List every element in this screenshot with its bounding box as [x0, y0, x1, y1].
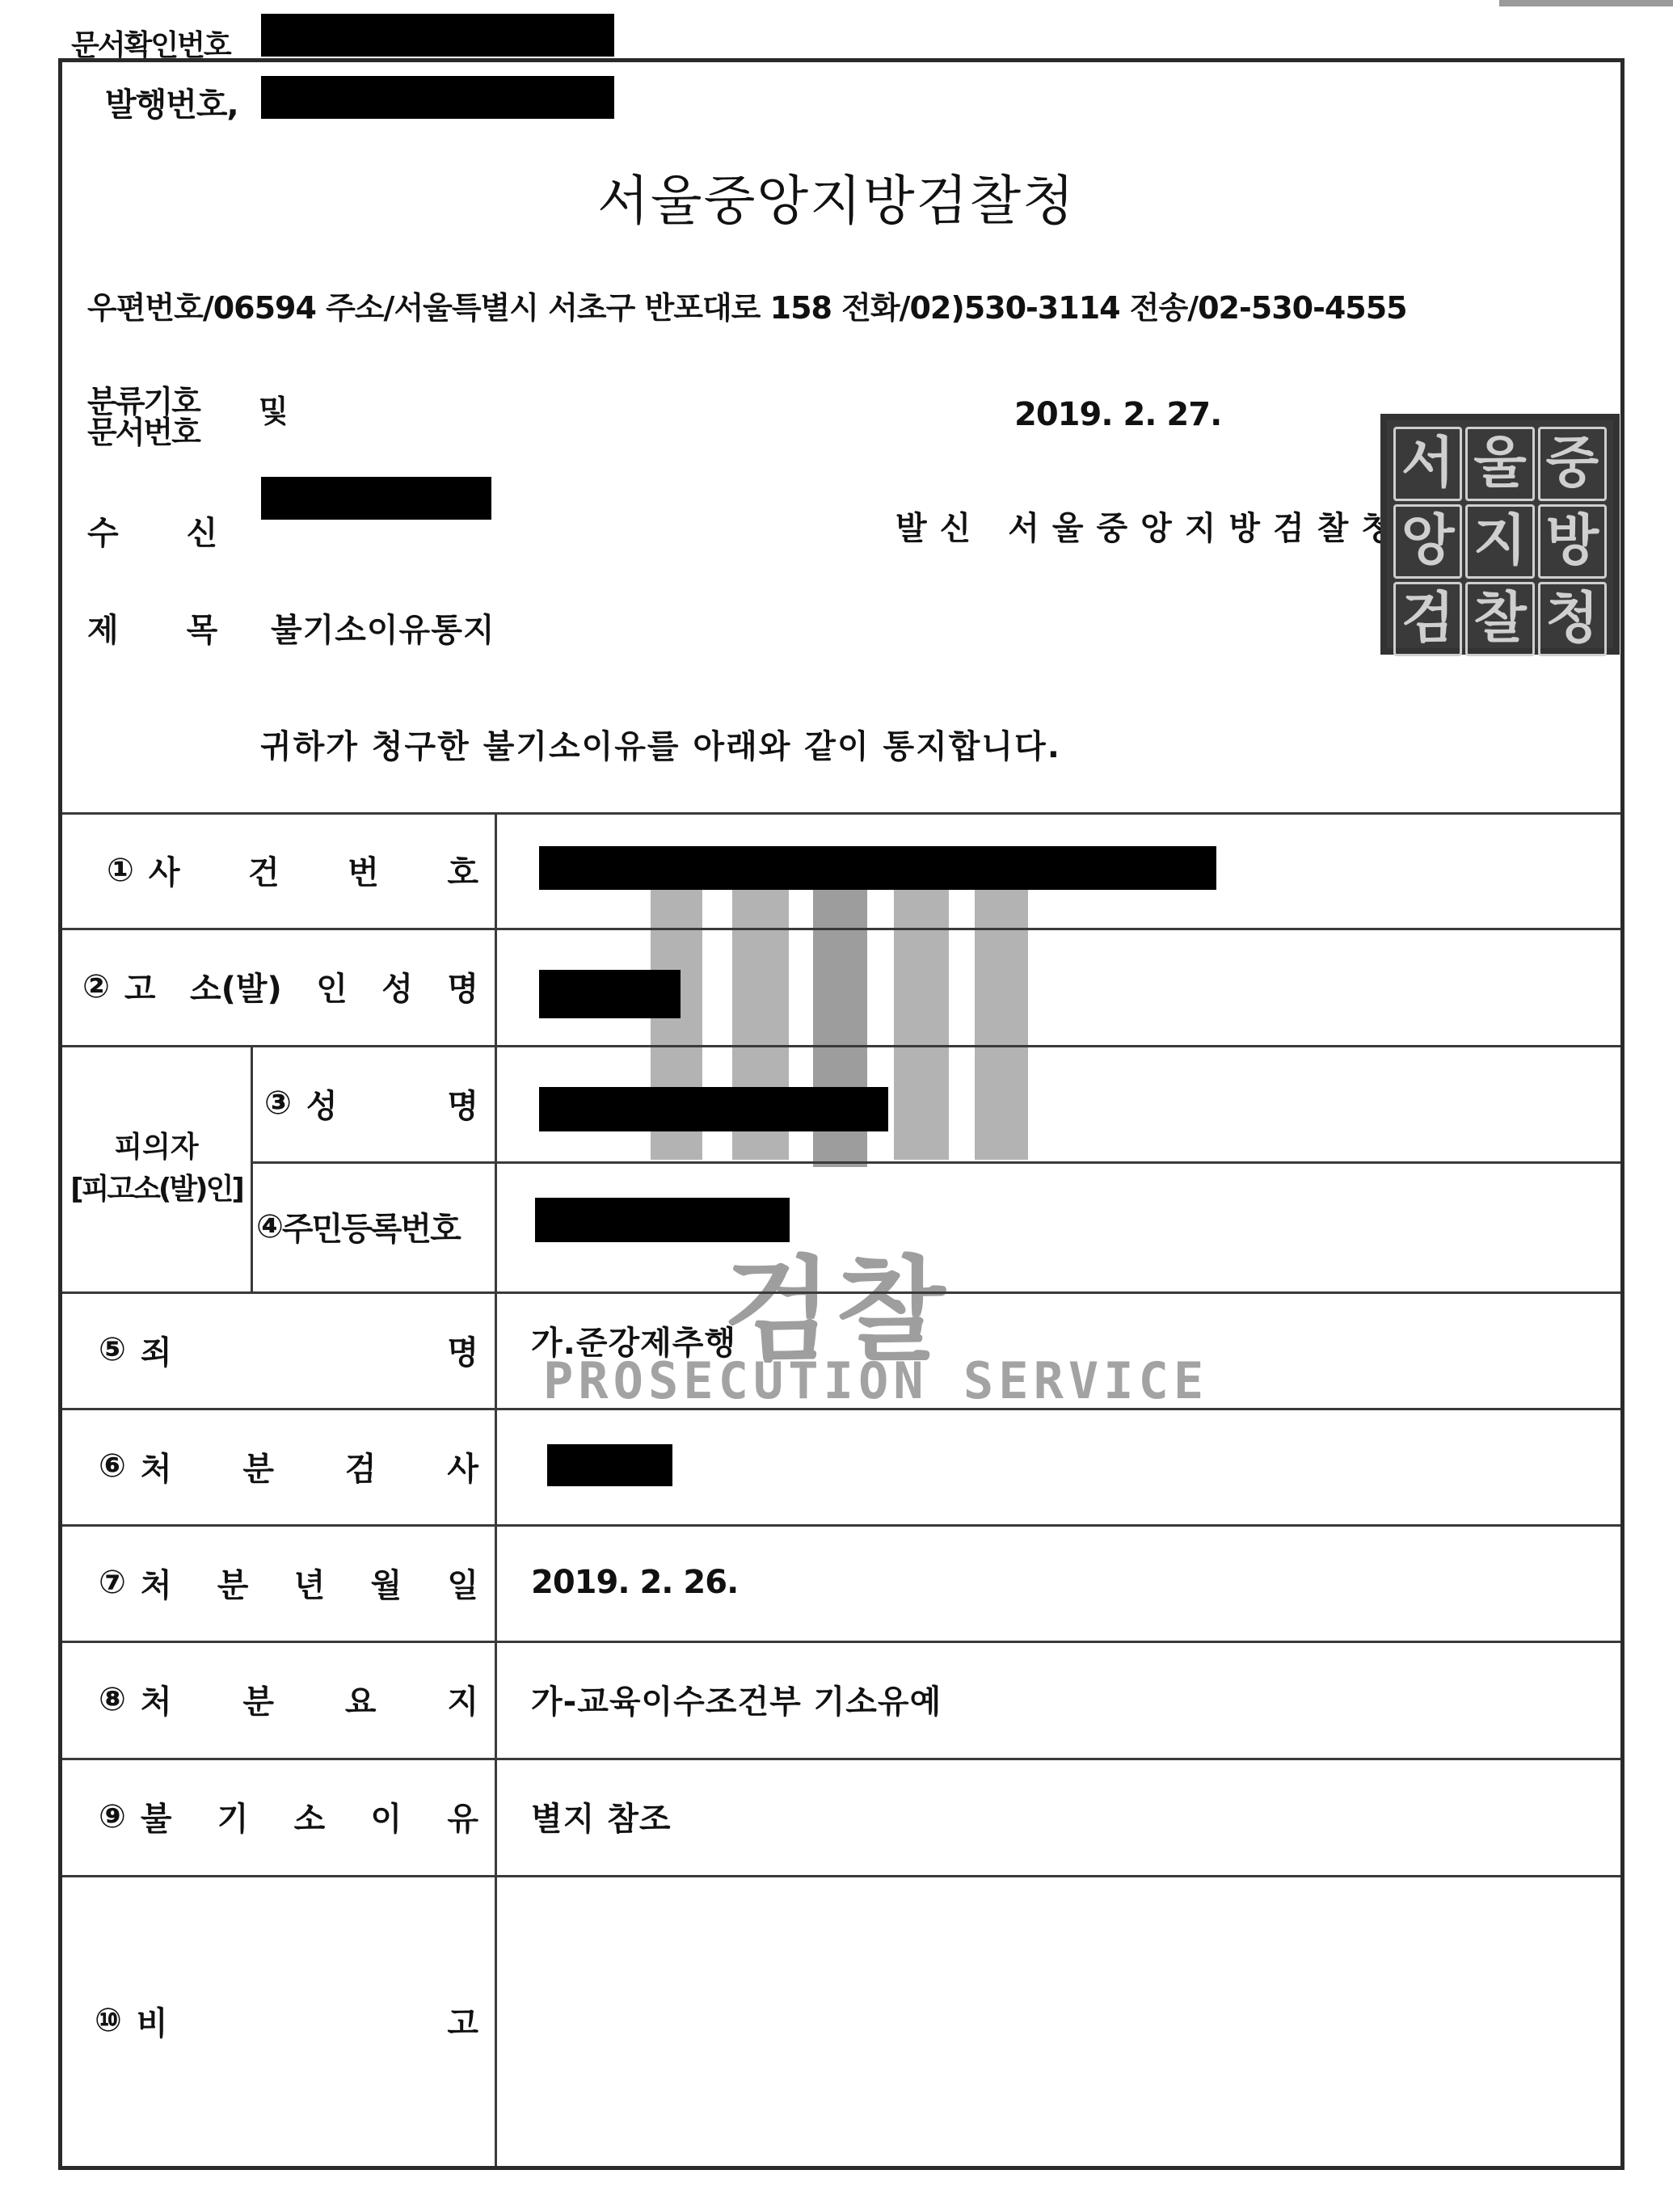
label-char: 호 — [447, 847, 478, 893]
label-char: 처 — [141, 1676, 172, 1722]
organization-title: 서울중앙지방검찰청 — [0, 158, 1673, 234]
label-char: 사 — [447, 1443, 478, 1489]
row-disposition-date-label: ⑦ 처분년월일 — [99, 1524, 478, 1641]
label-char: 고 — [447, 1998, 478, 2044]
subject-value: 불기소이유통지 — [271, 605, 495, 651]
charge-value: 가.준강제추행 — [531, 1291, 736, 1388]
label-char: 소 — [294, 1793, 326, 1839]
label-char: 일 — [447, 1560, 478, 1606]
sender: 발신 서울중앙지방검찰청 — [895, 503, 1405, 549]
seal-char: 청 — [1538, 582, 1607, 656]
label-char: 명 — [447, 1081, 478, 1127]
classification-label: 분류기호 문서번호 — [87, 386, 200, 448]
row-case-number-label: ① 사건번호 — [107, 812, 478, 928]
label-char: 이 — [370, 1793, 402, 1839]
label-char: 기 — [217, 1793, 249, 1839]
label-char: 건 — [248, 847, 280, 893]
label-char: 처 — [141, 1443, 172, 1489]
official-seal: 서울중앙지방검찰청 — [1380, 414, 1620, 655]
row-charge-label: ⑤ 죄명 — [99, 1291, 478, 1408]
column-divider — [495, 812, 497, 2166]
seal-char: 지 — [1465, 504, 1534, 579]
row-remarks-label: ⑩ 비고 — [95, 1875, 478, 2166]
doc-confirm-number-redacted — [261, 14, 614, 57]
suspect-name-redacted — [539, 1087, 888, 1131]
row-prosecutor-label: ⑥ 처분검사 — [99, 1408, 478, 1524]
label-char: 명 — [447, 963, 478, 1009]
prosecutor-redacted — [547, 1444, 672, 1486]
label-char: 요 — [345, 1676, 377, 1722]
row-suspect-name-label: ③ 성명 — [264, 1045, 478, 1161]
notice-table: ① 사건번호 ② 고소(발)인성명 피의자 [피고소(발)인] ③ 성명 ④ 주… — [62, 812, 1620, 2166]
label-char: 년 — [294, 1560, 326, 1606]
row-complainant-name-label: ② 고소(발)인성명 — [82, 928, 478, 1045]
seal-char: 찰 — [1465, 582, 1534, 656]
label-char: 불 — [141, 1793, 172, 1839]
seal-char: 방 — [1538, 504, 1607, 579]
label-char: 분 — [242, 1443, 274, 1489]
resident-number-redacted — [535, 1198, 790, 1242]
classification-suffix: 및 — [259, 386, 289, 431]
disposition-summary-value: 가-교육이수조건부 기소유예 — [531, 1641, 942, 1758]
case-number-redacted — [539, 846, 1216, 890]
column-divider — [251, 1045, 253, 1291]
disposition-date-value: 2019. 2. 26. — [531, 1524, 738, 1641]
organization-address: 우편번호/06594 주소/서울특별시 서초구 반포대로 158 전화/02)5… — [87, 283, 1407, 327]
recipient-label: 수 신 — [87, 508, 217, 554]
label-char: 소(발) — [190, 963, 282, 1009]
label-char: 인 — [316, 963, 348, 1009]
label-char: 성 — [306, 1081, 338, 1127]
row-non-indictment-reason-label: ⑨ 불기소이유 — [99, 1758, 478, 1875]
seal-char: 중 — [1538, 427, 1607, 501]
label-char: 검 — [345, 1443, 377, 1489]
scan-artifact — [1499, 0, 1673, 6]
label-char: 분 — [242, 1676, 274, 1722]
issue-number-redacted — [261, 76, 614, 119]
label-char: 월 — [370, 1560, 402, 1606]
non-indictment-reason-value: 별지 참조 — [531, 1758, 672, 1875]
label-char: 주민등록번호 — [282, 1211, 460, 1248]
recipient-redacted — [261, 477, 491, 520]
seal-char: 앙 — [1393, 504, 1462, 579]
label-char: 비 — [137, 1998, 168, 2044]
label-char: 고 — [124, 963, 156, 1009]
row-resident-number-label: ④ 주민등록번호 — [256, 1161, 491, 1291]
label-char: 사 — [149, 847, 180, 893]
label-char: 처 — [141, 1560, 172, 1606]
label-char: 분 — [217, 1560, 249, 1606]
seal-char: 검 — [1393, 582, 1462, 656]
seal-char: 서 — [1393, 427, 1462, 501]
label-char: 지 — [447, 1676, 478, 1722]
issue-date: 2019. 2. 27. — [1014, 396, 1221, 433]
seal-char: 울 — [1465, 427, 1534, 501]
label-char: 유 — [447, 1793, 478, 1839]
notice-sentence: 귀하가 청구한 불기소이유를 아래와 같이 통지합니다. — [260, 721, 1061, 767]
suspect-group-label: 피의자 [피고소(발)인] — [62, 1045, 251, 1291]
label-char: 죄 — [141, 1327, 172, 1373]
row-disposition-summary-label: ⑧ 처분요지 — [99, 1641, 478, 1758]
subject-label: 제 목 — [87, 605, 217, 651]
complainant-name-redacted — [539, 970, 681, 1018]
issue-number-label: 발행번호, — [105, 79, 238, 125]
label-char: 번 — [348, 847, 379, 893]
label-char: 명 — [447, 1327, 478, 1373]
label-char: 성 — [381, 963, 413, 1009]
